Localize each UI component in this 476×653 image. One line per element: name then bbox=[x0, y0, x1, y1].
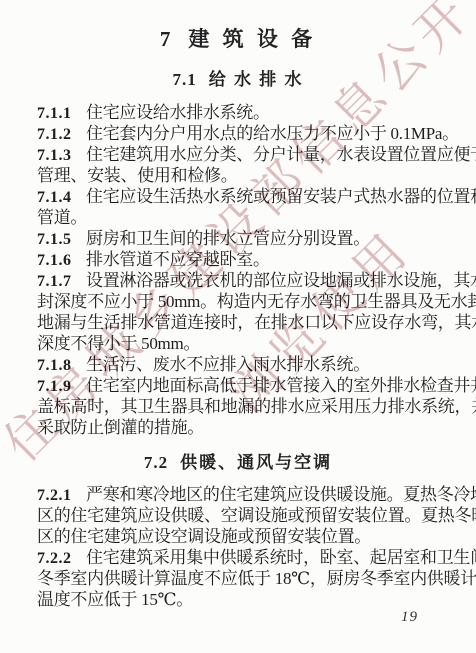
clause-7.1.8: 7.1.8生活污、废水不应排入雨水排水系统。 bbox=[0, 354, 476, 375]
section-number: 7.1 bbox=[173, 70, 197, 89]
clause-line: 温度不应低于 15℃。 bbox=[37, 589, 445, 610]
clause-7.1.7: 7.1.7设置淋浴器或洗衣机的部位应设地漏或排水设施，其水 封深度不应小于 50… bbox=[0, 270, 476, 354]
clause-text: 冬季室内供暖计算温度不应低于 18℃，厨房冬季室内供暖计算 bbox=[37, 569, 476, 588]
clause-line: 采取防止倒灌的措施。 bbox=[37, 417, 445, 438]
clause-text: 管道。 bbox=[37, 208, 87, 227]
clause-text: 严寒和寒冷地区的住宅建筑应设供暖设施。夏热冬冷地 bbox=[86, 485, 476, 504]
section: 7.2供暖、通风与空调 7.2.1严寒和寒冷地区的住宅建筑应设供暖设施。夏热冬冷… bbox=[0, 453, 476, 610]
clause-text: 住宅套内分户用水点的给水压力不应小于 0.1MPa。 bbox=[86, 124, 459, 143]
clause-line: 7.2.1严寒和寒冷地区的住宅建筑应设供暖设施。夏热冬冷地 bbox=[37, 484, 445, 505]
clause-text: 采取防止倒灌的措施。 bbox=[37, 418, 204, 437]
clause-line: 7.1.4住宅应设生活热水系统或预留安装户式热水器的位置和 bbox=[37, 186, 445, 207]
clause-line: 深度不得小于 50mm。 bbox=[37, 333, 445, 354]
clause-7.1.2: 7.1.2住宅套内分户用水点的给水压力不应小于 0.1MPa。 bbox=[0, 123, 476, 144]
clause-text: 封深度不应小于 50mm。构造内无存水弯的卫生器具及无水封的 bbox=[37, 292, 476, 311]
clause-text: 生活污、废水不应排入雨水排水系统。 bbox=[86, 355, 370, 374]
page-number: 19 bbox=[401, 609, 418, 626]
clause-7.1.1: 7.1.1住宅应设给水排水系统。 bbox=[0, 102, 476, 123]
clause-7.2.2: 7.2.2住宅建筑采用集中供暖系统时，卧室、起居室和卫生间 冬季室内供暖计算温度… bbox=[0, 547, 476, 610]
clause-line: 7.1.6排水管道不应穿越卧室。 bbox=[37, 249, 445, 270]
clause-line: 封深度不应小于 50mm。构造内无存水弯的卫生器具及无水封的 bbox=[37, 291, 445, 312]
section: 7.1给 水 排 水 7.1.1住宅应设给水排水系统。 7.1.2住宅套内分户用… bbox=[0, 70, 476, 438]
clause-number: 7.1.9 bbox=[37, 376, 74, 397]
clause-line: 7.1.2住宅套内分户用水点的给水压力不应小于 0.1MPa。 bbox=[37, 123, 445, 144]
clause-line: 区的住宅建筑应设供暖、空调设施或预留安装位置。夏热冬暖地 bbox=[37, 505, 445, 526]
document-body: 7.1给 水 排 水 7.1.1住宅应设给水排水系统。 7.1.2住宅套内分户用… bbox=[0, 70, 476, 610]
clause-number: 7.1.1 bbox=[37, 103, 74, 124]
clause-line: 7.1.3住宅建筑用水应分类、分户计量，水表设置位置应便于 bbox=[37, 144, 445, 165]
clause-line: 管道。 bbox=[37, 207, 445, 228]
clause-line: 7.1.9住宅室内地面标高低于排水管接入的室外排水检查井井 bbox=[37, 375, 445, 396]
clause-line: 区的住宅建筑应设空调设施或预留安装位置。 bbox=[37, 526, 445, 547]
clause-number: 7.1.3 bbox=[37, 145, 74, 166]
clause-text: 管理、安装、使用和检修。 bbox=[37, 166, 237, 185]
section-clauses: 7.1.1住宅应设给水排水系统。 7.1.2住宅套内分户用水点的给水压力不应小于… bbox=[0, 102, 476, 438]
clause-number: 7.1.6 bbox=[37, 250, 74, 271]
clause-7.2.1: 7.2.1严寒和寒冷地区的住宅建筑应设供暖设施。夏热冬冷地 区的住宅建筑应设供暖… bbox=[0, 484, 476, 547]
clause-7.1.6: 7.1.6排水管道不应穿越卧室。 bbox=[0, 249, 476, 270]
chapter-number: 7 bbox=[160, 27, 171, 51]
section-clauses: 7.2.1严寒和寒冷地区的住宅建筑应设供暖设施。夏热冬冷地 区的住宅建筑应设供暖… bbox=[0, 484, 476, 610]
clause-text: 住宅应设生活热水系统或预留安装户式热水器的位置和 bbox=[86, 187, 476, 206]
clause-number: 7.1.7 bbox=[37, 271, 74, 292]
clause-text: 温度不应低于 15℃。 bbox=[37, 590, 193, 609]
section-number: 7.2 bbox=[144, 453, 168, 472]
clause-line: 7.1.1住宅应设给水排水系统。 bbox=[37, 102, 445, 123]
clause-text: 厨房和卫生间的排水立管应分别设置。 bbox=[86, 229, 370, 248]
clause-text: 区的住宅建筑应设供暖、空调设施或预留安装位置。夏热冬暖地 bbox=[37, 506, 476, 525]
clause-number: 7.1.8 bbox=[37, 355, 74, 376]
clause-text: 住宅建筑用水应分类、分户计量，水表设置位置应便于 bbox=[86, 145, 476, 164]
clause-text: 盖标高时，其卫生器具和地漏的排水应采用压力排水系统，并应 bbox=[37, 397, 476, 416]
clause-line: 7.1.7设置淋浴器或洗衣机的部位应设地漏或排水设施，其水 bbox=[37, 270, 445, 291]
clause-text: 设置淋浴器或洗衣机的部位应设地漏或排水设施，其水 bbox=[86, 271, 476, 290]
clause-text: 住宅应设给水排水系统。 bbox=[86, 103, 270, 122]
clause-line: 管理、安装、使用和检修。 bbox=[37, 165, 445, 186]
clause-number: 7.2.1 bbox=[37, 485, 74, 506]
clause-text: 住宅室内地面标高低于排水管接入的室外排水检查井井 bbox=[86, 376, 476, 395]
clause-number: 7.1.4 bbox=[37, 187, 74, 208]
chapter-title: 7建 筑 设 备 bbox=[0, 0, 476, 51]
clause-7.1.9: 7.1.9住宅室内地面标高低于排水管接入的室外排水检查井井 盖标高时，其卫生器具… bbox=[0, 375, 476, 438]
clause-text: 区的住宅建筑应设空调设施或预留安装位置。 bbox=[37, 527, 371, 546]
clause-text: 排水管道不应穿越卧室。 bbox=[86, 250, 270, 269]
clause-7.1.5: 7.1.5厨房和卫生间的排水立管应分别设置。 bbox=[0, 228, 476, 249]
clause-number: 7.2.2 bbox=[37, 548, 74, 569]
clause-text: 地漏与生活排水管道连接时，在排水口以下应设存水弯，其水封 bbox=[37, 313, 476, 332]
section-heading: 7.1给 水 排 水 bbox=[0, 70, 476, 90]
clause-text: 深度不得小于 50mm。 bbox=[37, 334, 200, 353]
clause-number: 7.1.2 bbox=[37, 124, 74, 145]
clause-7.1.3: 7.1.3住宅建筑用水应分类、分户计量，水表设置位置应便于 管理、安装、使用和检… bbox=[0, 144, 476, 186]
clause-line: 7.1.8生活污、废水不应排入雨水排水系统。 bbox=[37, 354, 445, 375]
chapter-title-text: 建 筑 设 备 bbox=[188, 27, 316, 51]
section-title: 供暖、通风与空调 bbox=[180, 453, 332, 472]
section-heading: 7.2供暖、通风与空调 bbox=[0, 453, 476, 473]
clause-7.1.4: 7.1.4住宅应设生活热水系统或预留安装户式热水器的位置和 管道。 bbox=[0, 186, 476, 228]
clause-line: 7.1.5厨房和卫生间的排水立管应分别设置。 bbox=[37, 228, 445, 249]
clause-line: 冬季室内供暖计算温度不应低于 18℃，厨房冬季室内供暖计算 bbox=[37, 568, 445, 589]
clause-number: 7.1.5 bbox=[37, 229, 74, 250]
clause-line: 地漏与生活排水管道连接时，在排水口以下应设存水弯，其水封 bbox=[37, 312, 445, 333]
clause-line: 7.2.2住宅建筑采用集中供暖系统时，卧室、起居室和卫生间 bbox=[37, 547, 445, 568]
clause-text: 住宅建筑采用集中供暖系统时，卧室、起居室和卫生间 bbox=[86, 548, 476, 567]
section-title: 给 水 排 水 bbox=[209, 70, 304, 89]
document-page: 住房城乡建设部信息公开 浏览使用 7建 筑 设 备 7.1给 水 排 水 7.1… bbox=[0, 0, 476, 653]
clause-line: 盖标高时，其卫生器具和地漏的排水应采用压力排水系统，并应 bbox=[37, 396, 445, 417]
